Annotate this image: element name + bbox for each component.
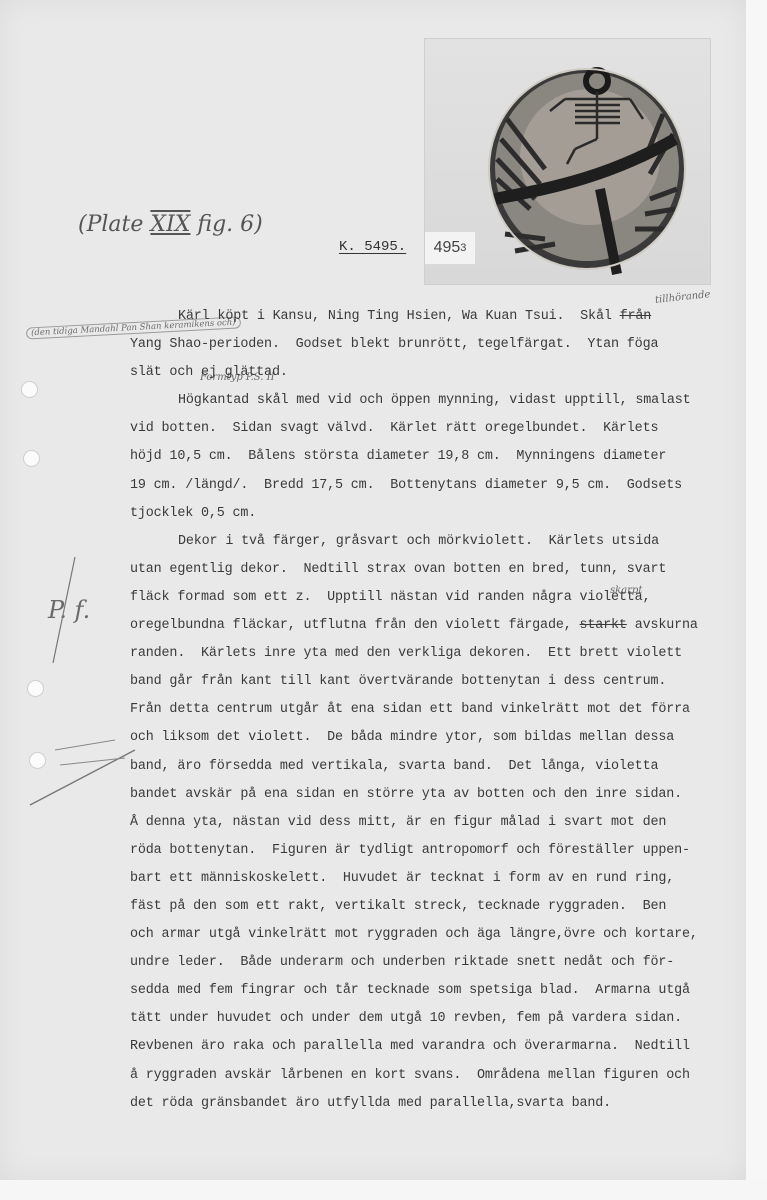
body-line: höjd 10,5 cm. Bålens största diameter 19… xyxy=(130,443,740,471)
plate-ref-prefix: (Plate xyxy=(78,212,150,237)
body-line: och armar utgå vinkelrätt mot ryggraden … xyxy=(130,921,740,949)
body-line: Kärl köpt i Kansu, Ning Ting Hsien, Wa K… xyxy=(130,303,740,331)
body-line: fäst på den som ett rakt, vertikalt stre… xyxy=(130,893,740,921)
body-line: Revbenen äro raka och parallella med var… xyxy=(130,1033,740,1061)
body-line: utan egentlig dekor. Nedtill strax ovan … xyxy=(130,556,740,584)
body-line: Å denna yta, nästan vid dess mitt, är en… xyxy=(130,809,740,837)
body-line: bart ett människoskelett. Huvudet är tec… xyxy=(130,865,740,893)
body-line: å ryggraden avskär lårbenen en kort svan… xyxy=(130,1062,740,1090)
body-line: Högkantad skål med vid och öppen mynning… xyxy=(130,387,740,415)
body-line: det röda gränsbandet äro utfyllda med pa… xyxy=(130,1090,740,1118)
body-line: fläck formad som ett z. Upptill nästan v… xyxy=(130,584,740,612)
catalog-number: K. 5495. xyxy=(339,239,406,255)
scan-margin-right xyxy=(746,0,767,1200)
photo-label-sub: 3 xyxy=(460,242,466,254)
body-line: röda bottenytan. Figuren är tydligt antr… xyxy=(130,837,740,865)
body-line: band, äro försedda med vertikala, svarta… xyxy=(130,753,740,781)
plate-ref-suffix: fig. 6) xyxy=(190,212,262,237)
punch-hole xyxy=(23,450,40,467)
body-line: tjocklek 0,5 cm. xyxy=(130,500,740,528)
body-line: band går från kant till kant övertvärand… xyxy=(130,668,740,696)
body-line: sedda med fem fingrar och tår tecknade s… xyxy=(130,977,740,1005)
body-line: bandet avskär på ena sidan en större yta… xyxy=(130,781,740,809)
typed-body: Kärl köpt i Kansu, Ning Ting Hsien, Wa K… xyxy=(130,303,740,1118)
body-line: vid botten. Sidan svagt välvd. Kärlet rä… xyxy=(130,415,740,443)
body-line: Från detta centrum utgår åt ena sidan et… xyxy=(130,696,740,724)
body-line: slät och ej glättad. xyxy=(130,359,740,387)
body-line: tätt under huvudet och under dem utgå 10… xyxy=(130,1005,740,1033)
margin-scribble xyxy=(25,720,145,810)
body-line: 19 cm. /längd/. Bredd 17,5 cm. Bottenyta… xyxy=(130,472,740,500)
body-line: Dekor i två färger, gråsvart och mörkvio… xyxy=(130,528,740,556)
body-line: Yang Shao-perioden. Godset blekt brunröt… xyxy=(130,331,740,359)
margin-line xyxy=(45,555,85,665)
punch-hole xyxy=(21,381,38,398)
plate-number: XIX xyxy=(150,212,190,237)
punch-hole xyxy=(27,680,44,697)
body-line: randen. Kärlets inre yta med den verklig… xyxy=(130,640,740,668)
scan-margin-bottom xyxy=(0,1180,767,1200)
body-line: oregelbundna fläckar, utflutna från den … xyxy=(130,612,740,640)
body-line: undre leder. Både underarm och underben … xyxy=(130,949,740,977)
photo-label-main: 495 xyxy=(434,239,461,257)
bowl-photograph: 4953 xyxy=(424,38,711,285)
photo-number-label: 4953 xyxy=(425,232,475,264)
plate-reference: (Plate XIX fig. 6) xyxy=(78,212,263,237)
body-line: och liksom det violett. De båda mindre y… xyxy=(130,724,740,752)
